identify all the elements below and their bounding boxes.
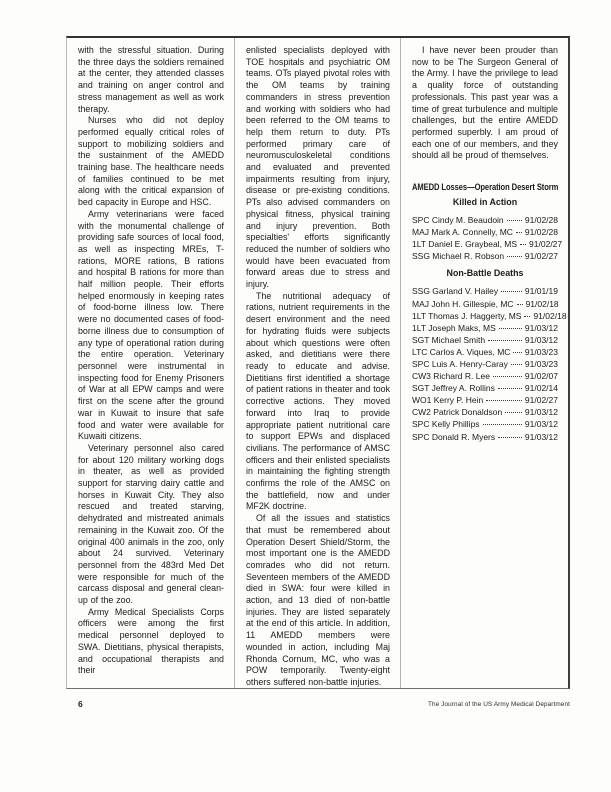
list-item: MAJ John H. Gillespie, MC 91/02/18	[412, 298, 558, 310]
paragraph: I have never been prouder than now to be…	[412, 45, 558, 162]
loss-date: 91/03/12	[525, 334, 558, 346]
dot-leader	[517, 304, 523, 305]
column-1: with the stressful situation. During the…	[67, 38, 234, 688]
dot-leader	[513, 352, 521, 353]
loss-date: 91/03/12	[525, 406, 558, 418]
article-text-block: with the stressful situation. During the…	[66, 36, 570, 689]
dot-leader	[511, 364, 522, 365]
losses-section-title: AMEDD Losses—Operation Desert Storm	[412, 177, 558, 188]
loss-name: SGT Jeffrey A. Rollins	[412, 382, 495, 394]
loss-name: SPC Luis A. Henry-Caray	[412, 358, 508, 370]
dot-leader	[483, 424, 522, 425]
list-item: SPC Kelly Phillips 91/03/12	[412, 418, 558, 430]
loss-name: SPC Kelly Phillips	[412, 418, 480, 430]
loss-date: 91/02/27	[525, 394, 558, 406]
loss-name: SSG Garland V. Hailey	[412, 285, 498, 297]
loss-date: 91/02/18	[533, 310, 566, 322]
dot-leader	[507, 256, 522, 257]
loss-name: CW2 Patrick Donaldson	[412, 406, 502, 418]
list-item: SSG Michael R. Robson 91/02/27	[412, 250, 558, 262]
dot-leader	[501, 291, 522, 292]
dot-leader	[486, 400, 522, 401]
list-item: SPC Luis A. Henry-Caray 91/03/23	[412, 358, 558, 370]
loss-date: 91/03/12	[525, 322, 558, 334]
list-item: CW2 Patrick Donaldson 91/03/12	[412, 406, 558, 418]
dot-leader	[488, 340, 522, 341]
paragraph: Veterinary personnel also cared for abou…	[78, 443, 224, 607]
dot-leader	[507, 220, 522, 221]
scanned-journal-page: with the stressful situation. During the…	[0, 0, 611, 792]
dot-leader	[499, 328, 522, 329]
loss-name: SPC Donald R. Myers	[412, 431, 495, 443]
list-item: SSG Garland V. Hailey 91/01/19	[412, 285, 558, 297]
list-item: MAJ Mark A. Connelly, MC 91/02/28	[412, 226, 558, 238]
non-battle-deaths-list: SSG Garland V. Hailey 91/01/19 MAJ John …	[412, 285, 558, 442]
loss-date: 91/02/07	[525, 370, 558, 382]
loss-name: SPC Cindy M. Beaudoin	[412, 214, 504, 226]
paragraph: The nutritional adequacy of rations, nut…	[246, 291, 390, 513]
page-number: 6	[78, 699, 83, 709]
loss-date: 91/02/27	[529, 238, 562, 250]
list-item: SGT Michael Smith 91/03/12	[412, 334, 558, 346]
loss-name: WO1 Kerry P. Hein	[412, 394, 483, 406]
dot-leader	[498, 388, 522, 389]
list-item: SGT Jeffrey A. Rollins 91/02/14	[412, 382, 558, 394]
dot-leader	[516, 232, 522, 233]
dot-leader	[520, 244, 526, 245]
killed-in-action-heading: Killed in Action	[412, 197, 558, 207]
list-item: 1LT Joseph Maks, MS 91/03/12	[412, 322, 558, 334]
list-item: CW3 Richard R. Lee 91/02/07	[412, 370, 558, 382]
dot-leader	[505, 412, 522, 413]
paragraph: enlisted specialists deployed with TOE h…	[246, 45, 390, 291]
dot-leader	[498, 437, 522, 438]
loss-name: 1LT Thomas J. Haggerty, MS	[412, 310, 521, 322]
loss-name: 1LT Joseph Maks, MS	[412, 322, 496, 334]
loss-date: 91/02/28	[525, 214, 558, 226]
column-3: I have never been prouder than now to be…	[401, 38, 568, 688]
loss-name: MAJ Mark A. Connelly, MC	[412, 226, 513, 238]
list-item: SPC Donald R. Myers 91/03/12	[412, 431, 558, 443]
loss-date: 91/03/12	[525, 431, 558, 443]
paragraph: Army Medical Specialists Corps officers …	[78, 607, 224, 677]
journal-footer: The Journal of the US Army Medical Depar…	[428, 701, 570, 708]
loss-name: CW3 Richard R. Lee	[412, 370, 490, 382]
dot-leader	[524, 316, 530, 317]
loss-date: 91/03/23	[525, 346, 558, 358]
loss-date: 91/01/19	[525, 285, 558, 297]
paragraph: with the stressful situation. During the…	[78, 45, 224, 115]
loss-date: 91/02/27	[525, 250, 558, 262]
list-item: LTC Carlos A. Viques, MC 91/03/23	[412, 346, 558, 358]
loss-name: 1LT Daniel E. Graybeal, MS	[412, 238, 517, 250]
loss-name: SSG Michael R. Robson	[412, 250, 504, 262]
loss-date: 91/02/18	[526, 298, 559, 310]
paragraph: Army veterinarians were faced with the m…	[78, 209, 224, 443]
column-2: enlisted specialists deployed with TOE h…	[234, 38, 401, 688]
list-item: 1LT Thomas J. Haggerty, MS 91/02/18	[412, 310, 558, 322]
loss-date: 91/02/28	[525, 226, 558, 238]
loss-date: 91/02/14	[525, 382, 558, 394]
paragraph: Nurses who did not deploy performed equa…	[78, 115, 224, 209]
loss-name: SGT Michael Smith	[412, 334, 485, 346]
list-item: WO1 Kerry P. Hein 91/02/27	[412, 394, 558, 406]
dot-leader	[493, 376, 522, 377]
loss-name: LTC Carlos A. Viques, MC	[412, 346, 510, 358]
non-battle-deaths-heading: Non-Battle Deaths	[412, 268, 558, 278]
losses-title-text: AMEDD Losses—Operation Desert Storm	[412, 182, 558, 193]
paragraph: Of all the issues and statistics that mu…	[246, 513, 390, 688]
killed-in-action-list: SPC Cindy M. Beaudoin 91/02/28 MAJ Mark …	[412, 214, 558, 262]
loss-date: 91/03/12	[525, 418, 558, 430]
loss-date: 91/03/23	[525, 358, 558, 370]
list-item: 1LT Daniel E. Graybeal, MS 91/02/27	[412, 238, 558, 250]
list-item: SPC Cindy M. Beaudoin 91/02/28	[412, 214, 558, 226]
loss-name: MAJ John H. Gillespie, MC	[412, 298, 514, 310]
